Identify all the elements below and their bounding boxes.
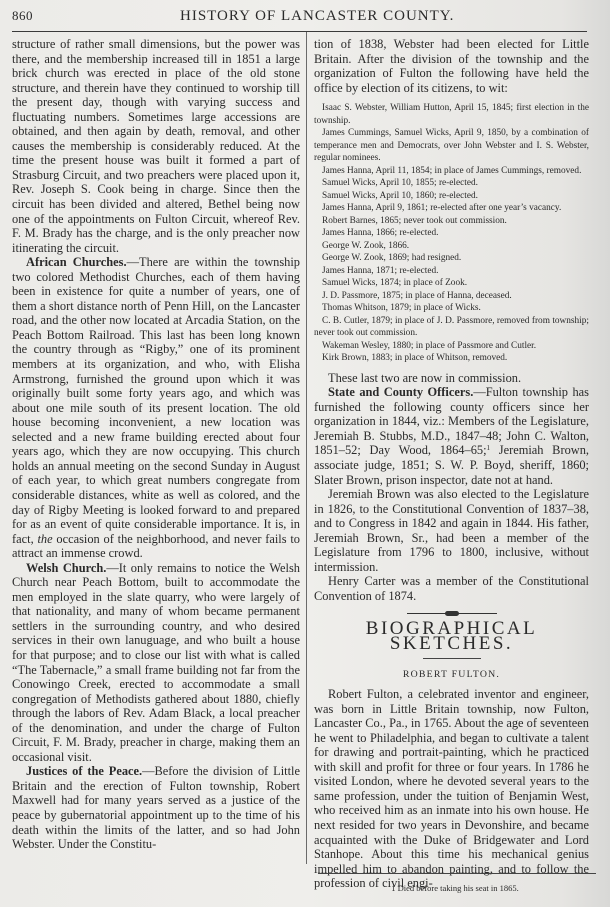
list-item: Samuel Wicks, April 10, 1860; re-elected… <box>314 190 589 203</box>
list-item: James Hanna, April 9, 1861; re-elected a… <box>314 202 589 215</box>
list-item: Wakeman Wesley, 1880; in place of Passmo… <box>314 340 589 353</box>
list-item: James Hanna, 1871; re-elected. <box>314 265 589 278</box>
list-item: George W. Zook, 1866. <box>314 240 589 253</box>
african-churches-text: —There are within the township two color… <box>12 255 300 545</box>
footnote-marker: 1 <box>487 444 491 452</box>
footnote: 1 Died before taking his seat in 1865. <box>300 883 610 893</box>
heading-african-churches: African Churches. <box>26 255 127 269</box>
welsh-church-text: —It only remains to notice the Welsh Chu… <box>12 561 300 764</box>
paragraph-jeremiah-brown: Jeremiah Brown was also elected to the L… <box>314 487 589 574</box>
book-page: 860 HISTORY OF LANCASTER COUNTY. structu… <box>0 0 610 907</box>
list-item: J. D. Passmore, 1875; in place of Hanna,… <box>314 290 589 303</box>
list-item: Samuel Wicks, 1874; in place of Zook. <box>314 277 589 290</box>
list-item: George W. Zook, 1869; had resigned. <box>314 252 589 265</box>
paragraph-commission: These last two are now in commission. <box>314 371 589 386</box>
paragraph-justices: Justices of the Peace.—Before the divisi… <box>12 764 300 851</box>
running-title: HISTORY OF LANCASTER COUNTY. <box>180 8 454 25</box>
page-number: 860 <box>12 8 33 24</box>
list-item: James Hanna, 1866; re-elected. <box>314 227 589 240</box>
header-rule <box>12 31 587 32</box>
paragraph-welsh-church: Welsh Church.—It only remains to notice … <box>12 561 300 765</box>
african-churches-tail: occasion of the neighborhood, and never … <box>12 532 300 561</box>
paragraph-bethel-church: structure of rather small dimensions, bu… <box>12 37 300 255</box>
page-header: 860 HISTORY OF LANCASTER COUNTY. <box>12 8 587 28</box>
short-rule <box>423 658 481 659</box>
heading-justices-of-the-peace: Justices of the Peace. <box>26 764 142 778</box>
justices-list: Isaac S. Webster, William Hutton, April … <box>314 102 589 365</box>
right-column: tion of 1838, Webster had been elected f… <box>314 37 589 891</box>
list-item: C. B. Cutler, 1879; in place of J. D. Pa… <box>314 315 589 340</box>
list-item: James Cummings, Samuel Wicks, April 9, 1… <box>314 127 589 165</box>
section-title: BIOGRAPHICAL SKETCHES. <box>314 622 589 651</box>
heading-welsh-church: Welsh Church. <box>26 561 106 575</box>
heading-state-county-officers: State and County Officers. <box>328 385 473 399</box>
ornamental-rule <box>407 613 497 614</box>
column-divider <box>306 32 307 864</box>
list-item: Robert Barnes, 1865; never took out comm… <box>314 215 589 228</box>
list-item: James Hanna, April 11, 1854; in place of… <box>314 165 589 178</box>
list-item: Samuel Wicks, April 10, 1855; re-elected… <box>314 177 589 190</box>
paragraph-robert-fulton: Robert Fulton, a celebrated inventor and… <box>314 687 589 891</box>
footnote-rule <box>318 873 596 874</box>
list-item: Thomas Whitson, 1879; in place of Wicks. <box>314 302 589 315</box>
paragraph-state-county-officers: State and County Officers.—Fulton townsh… <box>314 385 589 487</box>
paragraph-henry-carter: Henry Carter was a member of the Constit… <box>314 574 589 603</box>
paragraph-constitution-continued: tion of 1838, Webster had been elected f… <box>314 37 589 95</box>
italic-emphasis: the <box>37 532 52 546</box>
bio-heading: ROBERT FULTON. <box>314 668 589 683</box>
list-item: Kirk Brown, 1883; in place of Whitson, r… <box>314 352 589 365</box>
left-column: structure of rather small dimensions, bu… <box>12 37 300 852</box>
paragraph-african-churches: African Churches.—There are within the t… <box>12 255 300 560</box>
list-item: Isaac S. Webster, William Hutton, April … <box>314 102 589 127</box>
ornament-icon <box>445 611 459 616</box>
